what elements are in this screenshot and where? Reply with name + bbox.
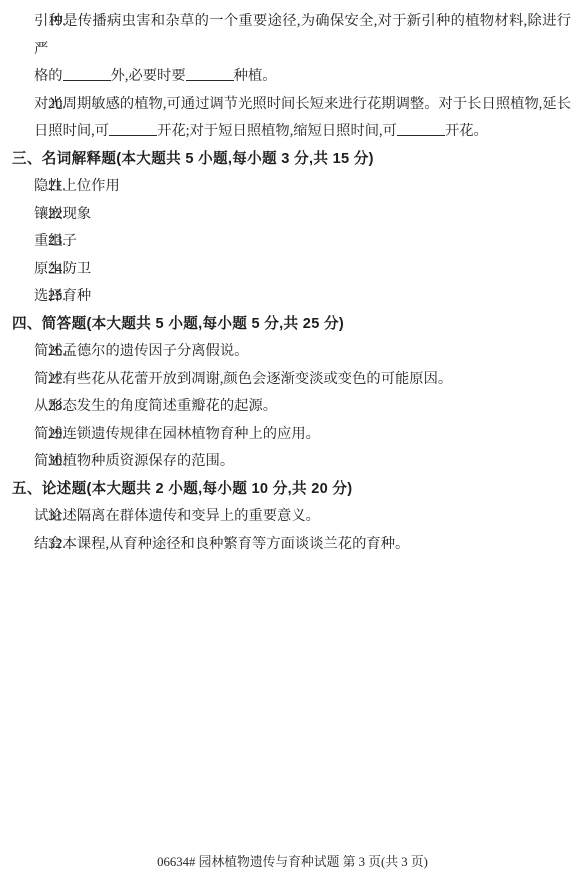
question-item: 31.试论述隔离在群体遗传和变异上的重要意义。: [0, 503, 585, 531]
question-number: 23.: [48, 228, 66, 256]
question-item: 29.简述连锁遗传规律在园林植物育种上的应用。: [0, 421, 585, 449]
question-item: 25.选择育种: [0, 283, 585, 311]
question-line: 21.隐性上位作用: [34, 173, 585, 201]
question-text: 结合本课程,从育种途径和良种繁育等方面谈谈兰花的育种。: [34, 536, 409, 552]
question-item: 20.对光周期敏感的植物,可通过调节光照时间长短来进行花期调整。对于长日照植物,…: [0, 91, 585, 146]
question-number: 32.: [48, 531, 66, 559]
question-text: 开花。: [445, 123, 488, 139]
section-header: 三、名词解释题(本大题共 5 小题,每小题 3 分,共 15 分): [0, 146, 585, 174]
exam-body: 19.引种是传播病虫害和杂草的一个重要途径,为确保安全,对于新引种的植物材料,除…: [0, 0, 585, 558]
question-number: 21.: [48, 173, 66, 201]
question-line: 日照时间,可开花;对于短日照植物,缩短日照时间,可开花。: [34, 118, 585, 146]
question-item: 24.原生防卫: [0, 256, 585, 284]
section-header: 四、简答题(本大题共 5 小题,每小题 5 分,共 25 分): [0, 311, 585, 339]
question-line: 25.选择育种: [34, 283, 585, 311]
question-line: 26.简述孟德尔的遗传因子分离假说。: [34, 338, 585, 366]
question-line: 20.对光周期敏感的植物,可通过调节光照时间长短来进行花期调整。对于长日照植物,…: [34, 91, 571, 119]
question-item: 19.引种是传播病虫害和杂草的一个重要途径,为确保安全,对于新引种的植物材料,除…: [0, 8, 585, 91]
question-text: 外,必要时要: [111, 68, 186, 84]
question-number: 20.: [48, 91, 66, 119]
question-item: 22.镶嵌现象: [0, 201, 585, 229]
question-number: 25.: [48, 283, 66, 311]
question-item: 27.简述有些花从花蕾开放到凋谢,颜色会逐渐变淡或变色的可能原因。: [0, 366, 585, 394]
question-item: 21.隐性上位作用: [0, 173, 585, 201]
question-number: 22.: [48, 201, 66, 229]
question-line: 27.简述有些花从花蕾开放到凋谢,颜色会逐渐变淡或变色的可能原因。: [34, 366, 585, 394]
question-text: 简述连锁遗传规律在园林植物育种上的应用。: [34, 426, 320, 442]
question-number: 19.: [48, 8, 66, 36]
page-footer: 06634# 园林植物遗传与育种试题 第 3 页(共 3 页): [0, 853, 585, 871]
question-item: 23.重组子: [0, 228, 585, 256]
question-number: 30.: [48, 448, 66, 476]
question-item: 28.从形态发生的角度简述重瓣花的起源。: [0, 393, 585, 421]
question-line: 22.镶嵌现象: [34, 201, 585, 229]
question-text: 日照时间,可: [34, 123, 109, 139]
question-line: 格的外,必要时要种植。: [34, 63, 585, 91]
question-text: 开花;对于短日照植物,缩短日照时间,可: [157, 123, 397, 139]
question-text: 对光周期敏感的植物,可通过调节光照时间长短来进行花期调整。对于长日照植物,延长: [34, 96, 571, 112]
exam-page: 19.引种是传播病虫害和杂草的一个重要途径,为确保安全,对于新引种的植物材料,除…: [0, 0, 585, 885]
question-text: 格的: [34, 68, 63, 84]
question-number: 28.: [48, 393, 66, 421]
question-line: 24.原生防卫: [34, 256, 585, 284]
question-item: 32.结合本课程,从育种途径和良种繁育等方面谈谈兰花的育种。: [0, 531, 585, 559]
question-number: 27.: [48, 366, 66, 394]
blank-underline: [397, 122, 445, 136]
question-line: 23.重组子: [34, 228, 585, 256]
question-text: 从形态发生的角度简述重瓣花的起源。: [34, 398, 277, 414]
section-header: 五、论述题(本大题共 2 小题,每小题 10 分,共 20 分): [0, 476, 585, 504]
question-line: 30.简述植物种质资源保存的范围。: [34, 448, 585, 476]
question-line: 28.从形态发生的角度简述重瓣花的起源。: [34, 393, 585, 421]
question-line: 32.结合本课程,从育种途径和良种繁育等方面谈谈兰花的育种。: [34, 531, 585, 559]
question-text: 引种是传播病虫害和杂草的一个重要途径,为确保安全,对于新引种的植物材料,除进行严: [34, 13, 571, 57]
question-line: 31.试论述隔离在群体遗传和变异上的重要意义。: [34, 503, 585, 531]
question-item: 30.简述植物种质资源保存的范围。: [0, 448, 585, 476]
blank-underline: [186, 67, 234, 81]
question-number: 24.: [48, 256, 66, 284]
blank-underline: [63, 67, 111, 81]
question-line: 19.引种是传播病虫害和杂草的一个重要途径,为确保安全,对于新引种的植物材料,除…: [34, 8, 571, 63]
question-number: 29.: [48, 421, 66, 449]
question-number: 26.: [48, 338, 66, 366]
question-line: 29.简述连锁遗传规律在园林植物育种上的应用。: [34, 421, 585, 449]
question-item: 26.简述孟德尔的遗传因子分离假说。: [0, 338, 585, 366]
question-text: 简述有些花从花蕾开放到凋谢,颜色会逐渐变淡或变色的可能原因。: [34, 371, 452, 387]
question-text: 试论述隔离在群体遗传和变异上的重要意义。: [34, 508, 320, 524]
question-text: 简述孟德尔的遗传因子分离假说。: [34, 343, 248, 359]
question-text: 种植。: [234, 68, 277, 84]
blank-underline: [109, 122, 157, 136]
question-number: 31.: [48, 503, 66, 531]
question-text: 隐性上位作用: [34, 178, 120, 194]
